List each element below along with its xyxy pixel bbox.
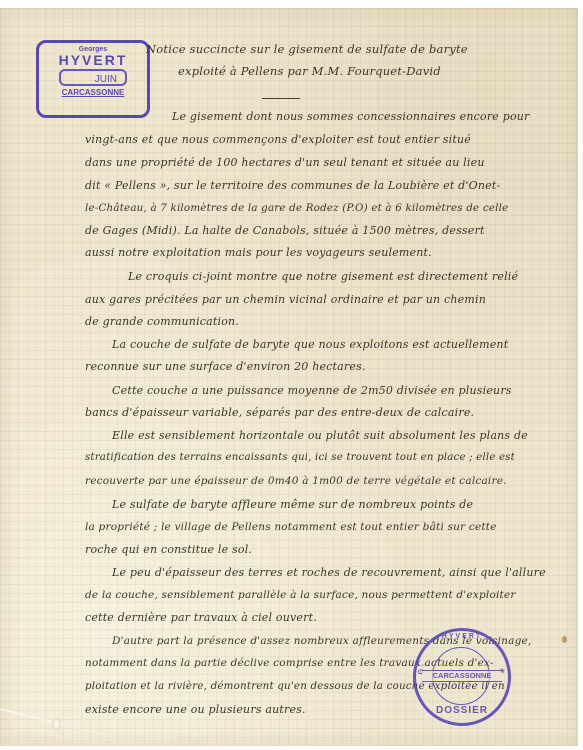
stamp-center-city: CARCASSONNE — [422, 670, 502, 682]
body-line: vingt-ans et que nous commençons d'explo… — [85, 133, 471, 146]
body-line: reconnue sur une surface d'environ 20 he… — [85, 360, 366, 373]
stamp-city: CARCASSONNE — [39, 88, 147, 97]
stamp-bottom-label: DOSSIER — [434, 705, 490, 716]
paper-hole — [52, 718, 61, 730]
body-line: Le gisement dont nous sommes concessionn… — [172, 110, 530, 123]
body-line: la propriété ; le village de Pellens not… — [85, 521, 497, 533]
hyvert-dossier-round-stamp: HYVERT G. ★ CARCASSONNE DOSSIER — [413, 628, 511, 726]
body-line: bancs d'épaisseur variable, séparés par … — [85, 406, 474, 419]
body-line: aussi notre exploitation mais pour les v… — [85, 246, 432, 259]
stamp-last-name: HYVERT — [39, 53, 147, 67]
body-line: de la couche, sensiblement parallèle à l… — [85, 589, 516, 601]
body-line: Cette couche a une puissance moyenne de … — [112, 384, 512, 397]
title-line-2: exploité à Pellens par M.M. Fourquet-Dav… — [178, 64, 441, 78]
body-line: Le peu d'épaisseur des terres et roches … — [112, 566, 546, 579]
ink-stain — [562, 636, 567, 643]
body-line: dans une propriété de 100 hectares d'un … — [85, 156, 485, 169]
body-line: dit « Pellens », sur le territoire des c… — [85, 179, 500, 192]
body-line: Le sulfate de baryte affleure même sur d… — [112, 498, 473, 511]
body-line: recouverte par une épaisseur de 0m40 à 1… — [85, 475, 507, 487]
hyvert-rectangular-stamp: Georges HYVERT JUIN CARCASSONNE — [36, 40, 150, 118]
body-line: stratification des terrains encaissants … — [85, 452, 515, 463]
body-line: roche qui en constitue le sol. — [85, 543, 252, 556]
body-line: Elle est sensiblement horizontale ou plu… — [112, 429, 528, 442]
body-line: de Gages (Midi). La halte de Canabols, s… — [85, 224, 485, 237]
stamp-ring-top: HYVERT — [426, 633, 498, 640]
stamp-month: JUIN — [59, 69, 127, 86]
body-line: La couche de sulfate de baryte que nous … — [112, 338, 508, 351]
body-line: le-Château, à 7 kilomètres de la gare de… — [85, 202, 508, 214]
body-line: de grande communication. — [85, 315, 239, 328]
body-line: cette dernière par travaux à ciel ouvert… — [85, 611, 317, 624]
body-line: aux gares précitées par un chemin vicina… — [85, 293, 486, 306]
body-line: existe encore une ou plusieurs autres. — [85, 703, 306, 716]
title-line-1: Notice succincte sur le gisement de sulf… — [146, 42, 468, 56]
title-divider — [262, 98, 300, 99]
body-line: Le croquis ci-joint montre que notre gis… — [128, 270, 518, 283]
